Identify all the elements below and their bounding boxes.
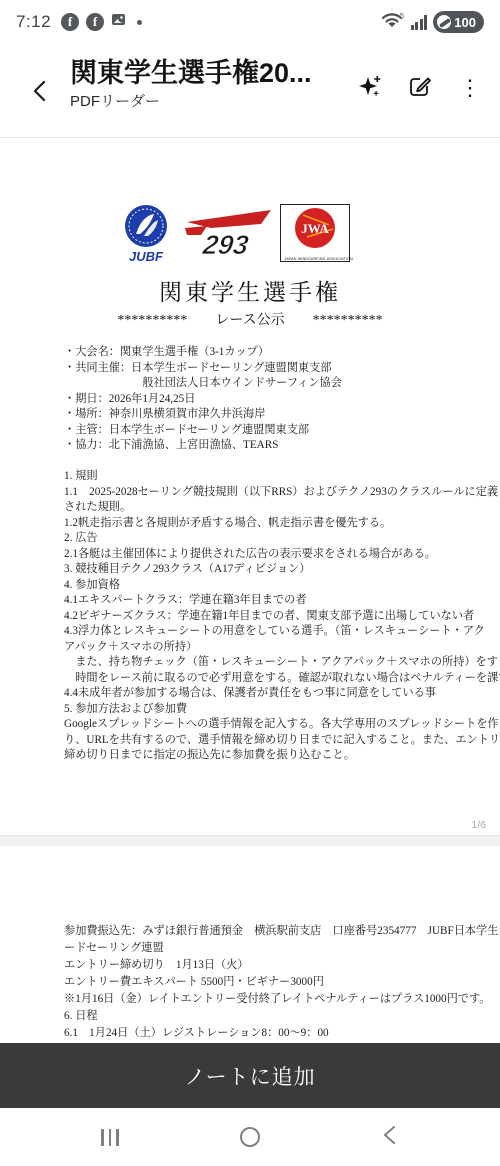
doc-line: 般社団法人日本ウインドサーフィン協会 — [64, 376, 444, 392]
recents-button[interactable] — [78, 1108, 142, 1166]
status-bar: 7:12 f f 5 100 — [0, 0, 500, 44]
doc-line: 3. 競技種目テクノ293クラス（A17ディビジョン） — [64, 562, 444, 578]
doc-line: 1.1 2025-2028セーリング競技規則（以下RRS）およびテクノ293のク… — [64, 485, 444, 501]
page-title: 関東学生選手権 — [0, 274, 500, 307]
header-actions: ⋮ — [356, 74, 484, 102]
nav-back-icon — [381, 1125, 399, 1150]
clock: 7:12 — [16, 12, 51, 32]
doc-line: り、URLを共有するので、選手情報を締め切り日までに記入すること。また、エントリ… — [64, 733, 444, 749]
doc-line: 2.1各艇は主催団体により提供された広告の表示要求をされる場合がある。 — [64, 547, 444, 563]
navigation-bar — [0, 1108, 500, 1166]
add-to-note-button[interactable]: ノートに追加 — [0, 1043, 500, 1108]
system-icons: 5 100 — [381, 10, 484, 35]
doc-line: 2. 広告 — [64, 531, 444, 547]
doc-line: 4.2ビギナーズクラス：学連在籍1年目までの者、関東支部予選に出場していない者 — [64, 609, 444, 625]
doc-line: ・主管：日本学生ボードセーリング連盟関東支部 — [64, 423, 444, 439]
facebook-icon: f — [61, 13, 79, 31]
doc-line: された規則。 — [64, 500, 444, 516]
screenshot-icon — [111, 12, 126, 32]
home-button[interactable] — [218, 1108, 282, 1166]
doc-line: エントリー費エキスパート 5500円・ビギナー3000円 — [64, 974, 446, 991]
doc-line: 4.1エキスパートクラス：学連在籍3年目までの者 — [64, 593, 444, 609]
battery-saver-icon — [437, 15, 451, 29]
back-button[interactable] — [28, 78, 54, 104]
kebab-menu-icon: ⋮ — [459, 74, 481, 102]
app-header: 関東学生選手権20... PDFリーダー — [0, 44, 500, 138]
battery-percent: 100 — [454, 15, 476, 30]
jwa-logo-label: JWA — [301, 221, 329, 236]
doc-line: ・場所：神奈川県横須賀市津久井浜海岸 — [64, 407, 444, 423]
doc-line: エントリー締め切り 1月13日（火） — [64, 957, 446, 974]
phone-screen: 7:12 f f 5 100 — [0, 0, 500, 1166]
page-indicator: 1/6 — [471, 819, 486, 831]
doc-line: 締め切り日までに指定の振込先に参加費を振り込むこと。 — [64, 748, 444, 764]
doc-line: ードセーリング連盟 — [64, 940, 446, 957]
doc-line: 1. 規則 — [64, 469, 444, 485]
document-title: 関東学生選手権20... — [70, 56, 312, 90]
nav-back-button[interactable] — [358, 1108, 422, 1166]
doc-line: 1.2帆走指示書と各規則が矛盾する場合、帆走指示書を優先する。 — [64, 516, 444, 532]
overflow-menu-button[interactable]: ⋮ — [456, 74, 484, 102]
doc-line: 4. 参加資格 — [64, 578, 444, 594]
jwa-logo-subtext: JAPAN WINDSURFING ASSOCIATION — [284, 256, 345, 261]
page1-body: ・大会名：関東学生選手権（3-1カップ）・共同主催：日本学生ボードセーリング連盟… — [64, 345, 444, 764]
doc-line: ・共同主催：日本学生ボードセーリング連盟関東支部 — [64, 361, 444, 377]
pdf-viewport[interactable]: JUBF 293 JWA JAPAN WINDSURFING ASSOCIATI… — [0, 138, 500, 1108]
doc-line: 参加費振込先：みずほ銀行普通預金 横浜駅前支店 口座番号2354777 JUBF… — [64, 923, 446, 940]
add-to-note-label: ノートに追加 — [184, 1061, 315, 1091]
recents-icon — [101, 1129, 119, 1146]
home-icon — [240, 1127, 260, 1147]
doc-line: Googleスプレッドシートへの選手情報を記入する。各大学専用のスプレッドシート… — [64, 717, 444, 733]
doc-line: ・期日：2026年1月24,25日 — [64, 392, 444, 408]
jwa-logo: JWA JAPAN WINDSURFING ASSOCIATION — [280, 204, 350, 262]
wifi-icon: 5 — [381, 10, 405, 35]
doc-line — [64, 454, 444, 470]
edit-pencil-icon — [407, 73, 433, 104]
doc-line: アパック＋スマホの所持） — [64, 640, 444, 656]
signal-bars-icon — [411, 15, 428, 30]
facebook-icon: f — [86, 13, 104, 31]
jubf-logo: JUBF — [114, 204, 178, 264]
doc-line: また、持ち物チェック（笛・レスキューシート・アクアパック＋スマホの所持）をする — [64, 655, 444, 671]
jubf-logo-label: JUBF — [114, 249, 178, 264]
doc-line: ・協力：北下浦漁協、上宮田漁協、TEARS — [64, 438, 444, 454]
t293-logo: 293 — [183, 204, 275, 264]
app-name-label: PDFリーダー — [70, 92, 312, 112]
doc-line: 5. 参加方法および参加費 — [64, 702, 444, 718]
doc-line: 4.3浮力体とレスキューシートの用意をしている選手。（笛・レスキューシート・アク — [64, 624, 444, 640]
header-titles: 関東学生選手権20... PDFリーダー — [70, 56, 312, 112]
sparkles-icon — [357, 73, 383, 104]
svg-text:5: 5 — [400, 13, 404, 20]
doc-line: 6.1 1月24日（土）レジストレーション8：00～9：00 — [64, 1025, 446, 1042]
organizer-logos: JUBF 293 JWA JAPAN WINDSURFING ASSOCIATI… — [114, 204, 350, 264]
doc-line: 4.4未成年者が参加する場合は、保護者が責任をもつ事に同意をしている事 — [64, 686, 444, 702]
notification-icons: f f — [61, 12, 142, 32]
page2-body: 参加費振込先：みずほ銀行普通預金 横浜駅前支店 口座番号2354777 JUBF… — [64, 923, 446, 1042]
battery-indicator: 100 — [433, 11, 484, 33]
more-notifications-dot — [137, 20, 142, 25]
edit-button[interactable] — [406, 74, 434, 102]
t293-logo-label: 293 — [200, 229, 250, 260]
page-separator — [0, 835, 500, 846]
doc-line: 6. 日程 — [64, 1008, 446, 1025]
race-notice-line: ********** レース公示 ********** — [0, 309, 500, 329]
doc-line: 時間をレース前に取るので必ず用意をする。確認が取れない場合はペナルティーを課す — [64, 671, 444, 687]
doc-line: ・大会名：関東学生選手権（3-1カップ） — [64, 345, 444, 361]
ai-assist-button[interactable] — [356, 74, 384, 102]
doc-line: ※1月16日（金）レイトエントリー受付終了レイトペナルティーはプラス1000円で… — [64, 991, 446, 1008]
